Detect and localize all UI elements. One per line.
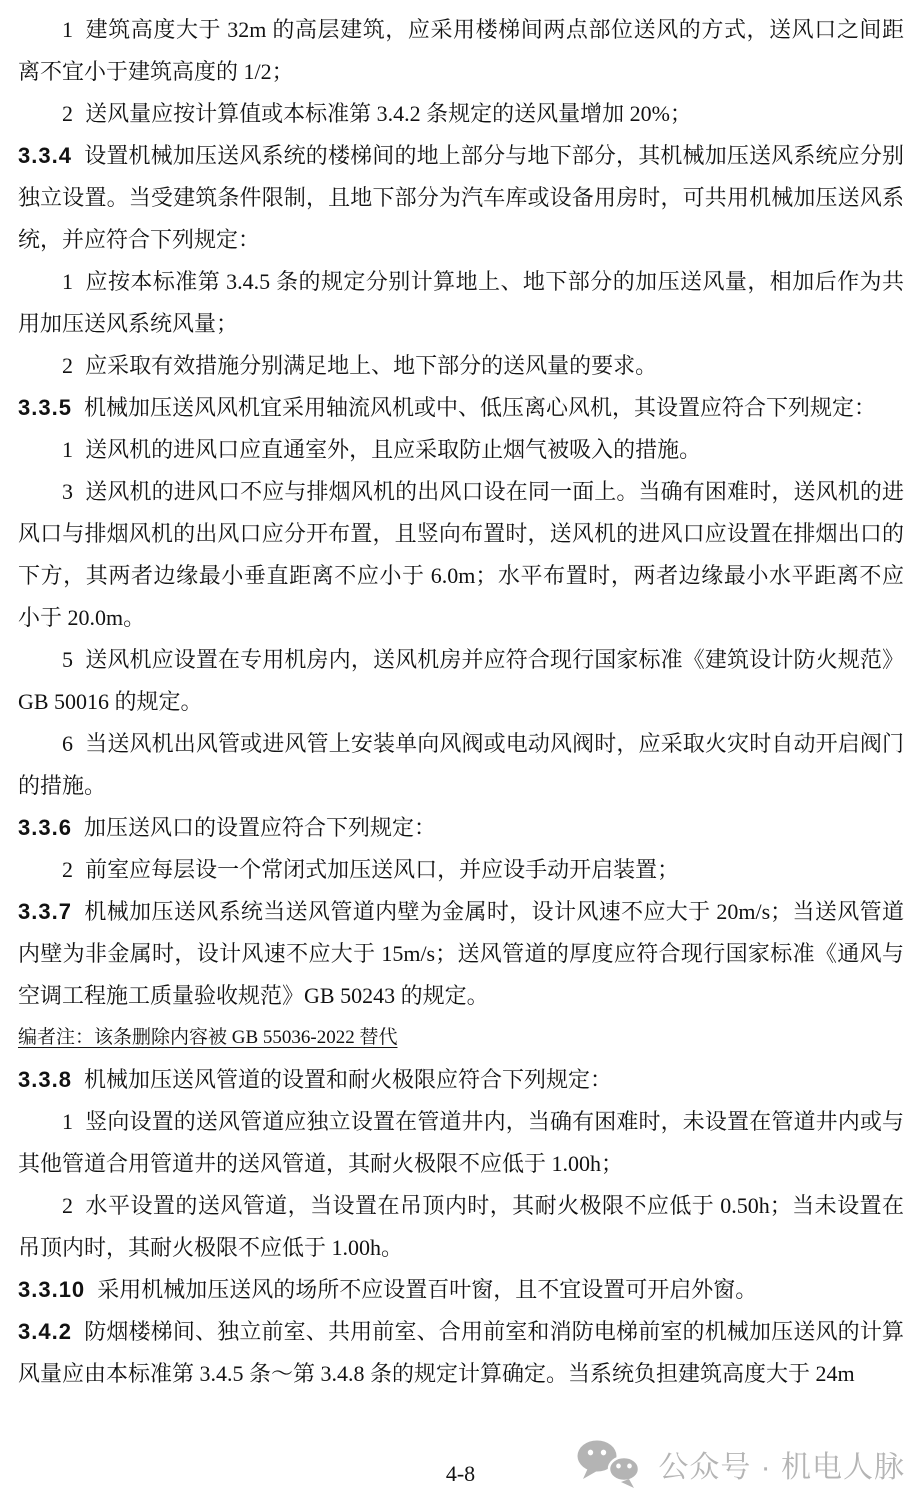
item-number: 2 bbox=[62, 1193, 73, 1218]
paragraph-text: 设置机械加压送风系统的楼梯间的地上部分与地下部分，其机械加压送风系统应分别独立设… bbox=[18, 143, 904, 252]
item-number: 1 bbox=[62, 269, 73, 294]
item-paragraph: 6当送风机出风管或进风管上安装单向风阀或电动风阀时，应采取火灾时自动开启阀门的措… bbox=[18, 723, 904, 807]
item-paragraph: 3送风机的进风口不应与排烟风机的出风口设在同一面上。当确有困难时，送风机的进风口… bbox=[18, 471, 904, 639]
paragraph-text: 送风量应按计算值或本标准第 3.4.2 条规定的送风量增加 20%； bbox=[85, 101, 692, 126]
item-paragraph: 1建筑高度大于 32m 的高层建筑，应采用楼梯间两点部位送风的方式，送风口之间距… bbox=[18, 9, 904, 93]
paragraph-text: 送风机的进风口不应与排烟风机的出风口设在同一面上。当确有困难时，送风机的进风口与… bbox=[18, 479, 904, 630]
paragraph-text: 机械加压送风管道的设置和耐火极限应符合下列规定： bbox=[84, 1067, 612, 1092]
watermark: 公众号 · 机电人脉 bbox=[576, 1439, 905, 1489]
item-paragraph: 1应按本标准第 3.4.5 条的规定分别计算地上、地下部分的加压送风量，相加后作… bbox=[18, 261, 904, 345]
item-paragraph: 2前室应每层设一个常闭式加压送风口，并应设手动开启装置； bbox=[18, 849, 904, 891]
watermark-text: 公众号 · 机电人脉 bbox=[658, 1442, 905, 1486]
clause-number: 3.3.7 bbox=[18, 899, 72, 924]
document-content: 1建筑高度大于 32m 的高层建筑，应采用楼梯间两点部位送风的方式，送风口之间距… bbox=[0, 0, 921, 1395]
clause-number: 3.3.10 bbox=[18, 1277, 85, 1302]
item-number: 2 bbox=[62, 101, 73, 126]
item-number: 1 bbox=[62, 1109, 73, 1134]
paragraph-text: 建筑高度大于 32m 的高层建筑，应采用楼梯间两点部位送风的方式，送风口之间距离… bbox=[18, 17, 904, 84]
clause-paragraph-3.4.2: 3.4.2防烟楼梯间、独立前室、共用前室、合用前室和消防电梯前室的机械加压送风的… bbox=[18, 1311, 904, 1395]
clause-number: 3.3.4 bbox=[18, 143, 72, 168]
wechat-icon bbox=[576, 1439, 646, 1489]
item-number: 6 bbox=[62, 731, 73, 756]
item-paragraph: 5送风机应设置在专用机房内，送风机房并应符合现行国家标准《建筑设计防火规范》GB… bbox=[18, 639, 904, 723]
paragraph-text: 防烟楼梯间、独立前室、共用前室、合用前室和消防电梯前室的机械加压送风的计算风量应… bbox=[18, 1319, 904, 1386]
clause-number: 3.3.8 bbox=[18, 1067, 72, 1092]
item-paragraph: 2送风量应按计算值或本标准第 3.4.2 条规定的送风量增加 20%； bbox=[18, 93, 904, 135]
item-paragraph: 2应采取有效措施分别满足地上、地下部分的送风量的要求。 bbox=[18, 345, 904, 387]
clause-paragraph-3.3.7: 3.3.7机械加压送风系统当送风管道内壁为金属时，设计风速不应大于 20m/s；… bbox=[18, 891, 904, 1017]
item-paragraph: 1送风机的进风口应直通室外，且应采取防止烟气被吸入的措施。 bbox=[18, 429, 904, 471]
item-number: 2 bbox=[62, 857, 73, 882]
item-number: 2 bbox=[62, 353, 73, 378]
paragraph-text: 机械加压送风风机宜采用轴流风机或中、低压离心风机，其设置应符合下列规定： bbox=[84, 395, 876, 420]
item-paragraph: 1竖向设置的送风管道应独立设置在管道井内，当确有困难时，未设置在管道井内或与其他… bbox=[18, 1101, 904, 1185]
item-number: 3 bbox=[62, 479, 73, 504]
paragraph-text: 当送风机出风管或进风管上安装单向风阀或电动风阀时，应采取火灾时自动开启阀门的措施… bbox=[18, 731, 904, 798]
paragraph-text: 应采取有效措施分别满足地上、地下部分的送风量的要求。 bbox=[85, 353, 657, 378]
item-number: 1 bbox=[62, 17, 73, 42]
item-number: 1 bbox=[62, 437, 73, 462]
item-paragraph: 2水平设置的送风管道，当设置在吊顶内时，其耐火极限不应低于 0.50h；当未设置… bbox=[18, 1185, 904, 1269]
paragraph-text: 水平设置的送风管道，当设置在吊顶内时，其耐火极限不应低于 0.50h；当未设置在… bbox=[18, 1193, 904, 1260]
paragraph-text: 送风机应设置在专用机房内，送风机房并应符合现行国家标准《建筑设计防火规范》GB … bbox=[18, 647, 904, 714]
paragraph-text: 竖向设置的送风管道应独立设置在管道井内，当确有困难时，未设置在管道井内或与其他管… bbox=[18, 1109, 904, 1176]
clause-paragraph-3.3.4: 3.3.4设置机械加压送风系统的楼梯间的地上部分与地下部分，其机械加压送风系统应… bbox=[18, 135, 904, 261]
clause-paragraph-3.3.6: 3.3.6加压送风口的设置应符合下列规定： bbox=[18, 807, 904, 849]
paragraph-text: 编者注：该条删除内容被 GB 55036-2022 替代 bbox=[18, 1027, 397, 1048]
paragraph-text: 采用机械加压送风的场所不应设置百叶窗，且不宜设置可开启外窗。 bbox=[97, 1277, 757, 1302]
paragraph-text: 应按本标准第 3.4.5 条的规定分别计算地上、地下部分的加压送风量，相加后作为… bbox=[18, 269, 904, 336]
paragraph-text: 加压送风口的设置应符合下列规定： bbox=[84, 815, 436, 840]
clause-paragraph-3.3.10: 3.3.10采用机械加压送风的场所不应设置百叶窗，且不宜设置可开启外窗。 bbox=[18, 1269, 904, 1311]
clause-paragraph-3.3.8: 3.3.8机械加压送风管道的设置和耐火极限应符合下列规定： bbox=[18, 1059, 904, 1101]
paragraph-text: 送风机的进风口应直通室外，且应采取防止烟气被吸入的措施。 bbox=[85, 437, 701, 462]
clause-number: 3.4.2 bbox=[18, 1319, 72, 1344]
editor-note: 编者注：该条删除内容被 GB 55036-2022 替代 bbox=[18, 1017, 904, 1059]
item-number: 5 bbox=[62, 647, 73, 672]
paragraph-text: 机械加压送风系统当送风管道内壁为金属时，设计风速不应大于 20m/s；当送风管道… bbox=[18, 899, 904, 1008]
paragraph-text: 前室应每层设一个常闭式加压送风口，并应设手动开启装置； bbox=[85, 857, 679, 882]
clause-number: 3.3.5 bbox=[18, 395, 72, 420]
clause-number: 3.3.6 bbox=[18, 815, 72, 840]
clause-paragraph-3.3.5: 3.3.5机械加压送风风机宜采用轴流风机或中、低压离心风机，其设置应符合下列规定… bbox=[18, 387, 904, 429]
